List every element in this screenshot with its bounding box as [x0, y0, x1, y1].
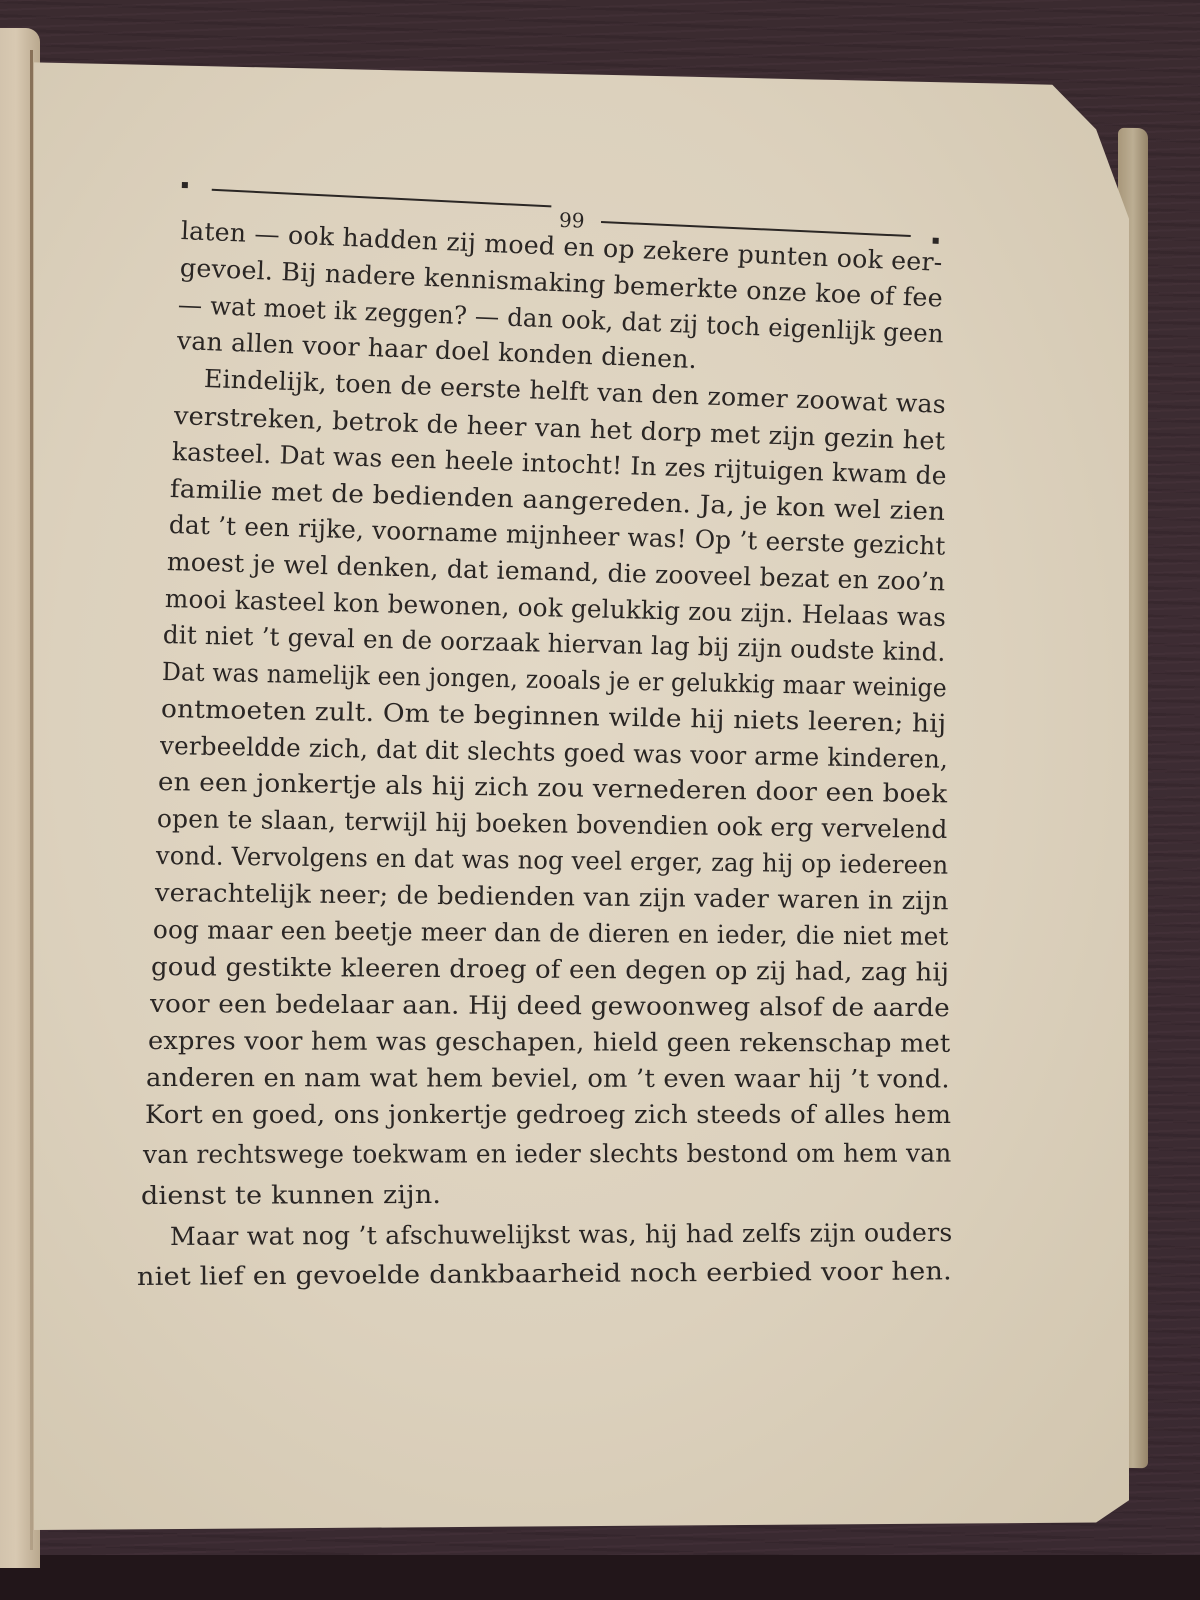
text-line: anderen en nam wat hem beviel, om ’t eve…	[146, 1063, 950, 1093]
text-line: vond. Vervolgens en dat was nog veel erg…	[156, 841, 948, 880]
page-text: 99 laten — ook hadden zij moed en op zek…	[0, 0, 1200, 1600]
text-line: voor een bedelaar aan. Hij deed gewoonwe…	[150, 989, 950, 1022]
text-line: open te slaan, terwijl hij boeken bovend…	[157, 804, 948, 844]
text-line: expres voor hem was geschapen, hield gee…	[148, 1026, 950, 1058]
text-line: goud gestikte kleeren droeg of een degen…	[151, 952, 949, 987]
text-line: dienst te kunnen zijn.	[141, 1180, 441, 1210]
text-line: Maar wat nog ’t afschuwelijkst was, hij …	[170, 1218, 952, 1251]
text-line: verbeeldde zich, dat dit slechts goed wa…	[160, 731, 948, 774]
text-line: ontmoeten zult. Om te beginnen wilde hij…	[161, 694, 947, 738]
header-ornament-left	[182, 182, 188, 188]
text-line: Kort en goed, ons jonkertje gedroeg zich…	[145, 1100, 951, 1129]
text-line: oog maar een beetje meer dan de dieren e…	[153, 915, 949, 951]
text-line: niet lief en gevoelde dankbaarheid noch …	[137, 1256, 952, 1291]
header-rule-left	[212, 189, 552, 208]
header-ornament-right	[933, 238, 939, 244]
page-number: 99	[559, 208, 585, 233]
text-line: verachtelijk neer; de bedienden van zijn…	[155, 878, 949, 915]
text-line: en een jonkertje als hij zich zou verned…	[158, 767, 947, 808]
text-line: van rechtswege toekwam en ieder slechts …	[143, 1139, 951, 1169]
